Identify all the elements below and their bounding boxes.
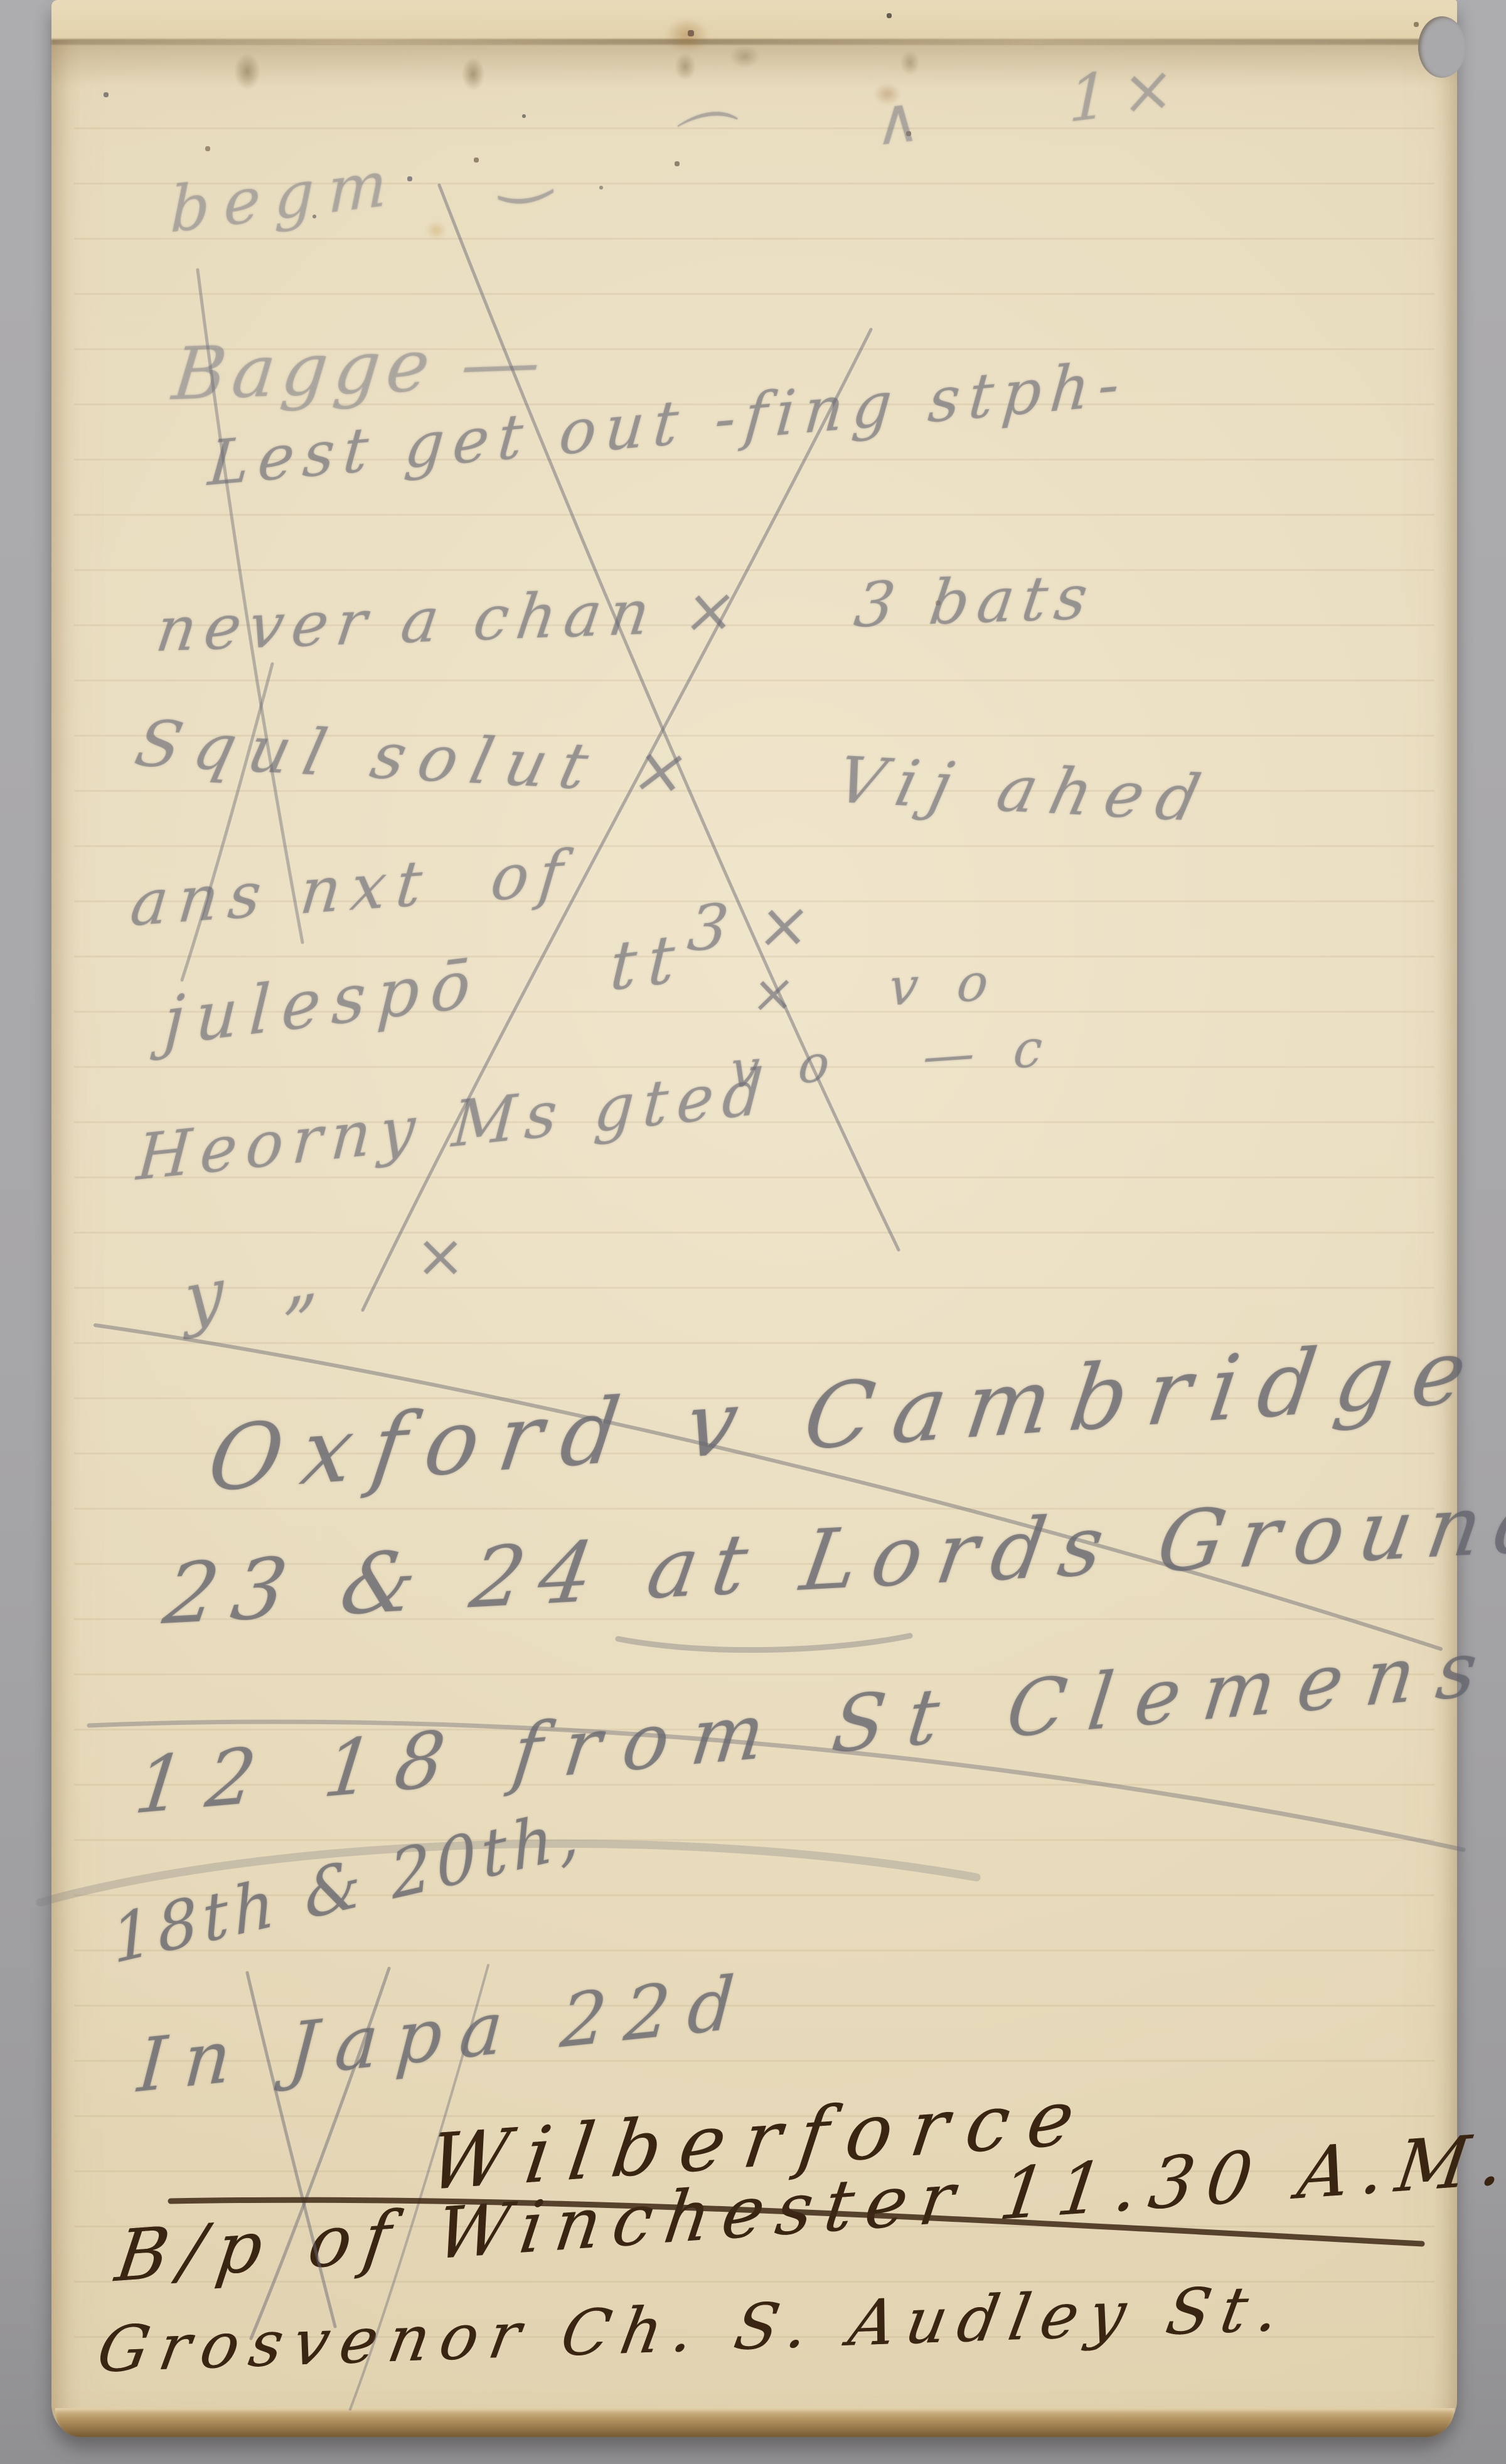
stain	[665, 18, 709, 53]
stain	[425, 221, 447, 240]
notebook-page: begm ‿ ⌒ ∧ 1× Bagge ― Lest get out -fing…	[51, 0, 1457, 2437]
pencil-marks-x-v-o: × v o	[750, 956, 1001, 1021]
pencil-line-bagge: Bagge ―	[169, 326, 547, 411]
pencil-mark-three-x: 3 ×	[685, 893, 819, 961]
page-stack-edge	[55, 2408, 1455, 2437]
pencil-mark-x: ×	[415, 1227, 466, 1286]
scan-background: begm ‿ ⌒ ∧ 1× Bagge ― Lest get out -fing…	[0, 0, 1506, 2464]
page-edge-notch	[1418, 16, 1466, 78]
previous-page-stub	[51, 0, 1457, 40]
ink-specks	[51, 0, 53, 1]
